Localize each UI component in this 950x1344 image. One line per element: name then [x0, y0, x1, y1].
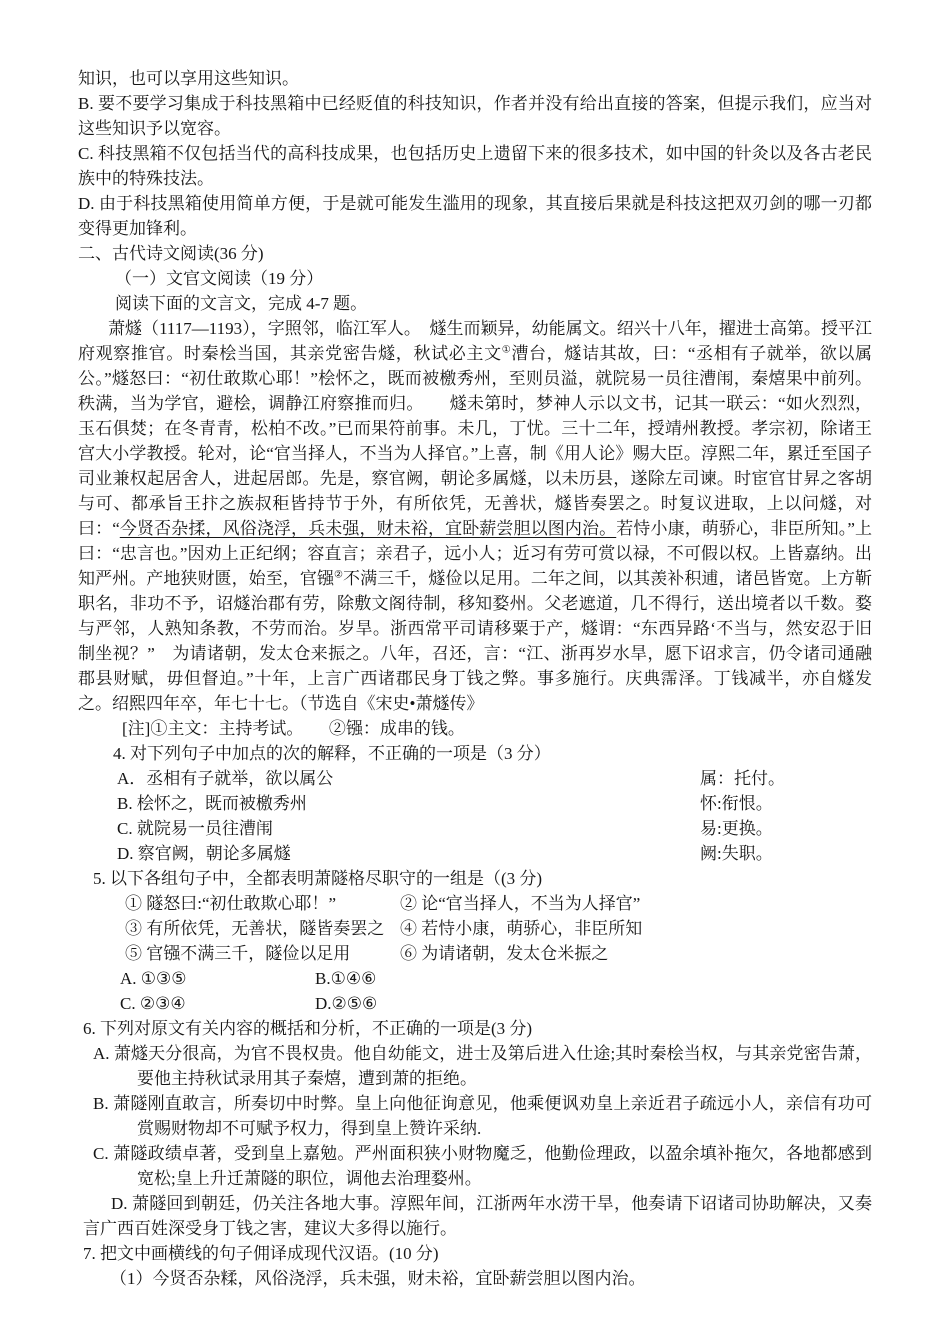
note-marker: ①: [502, 344, 512, 355]
q4-option-gloss: 怀:衔恨。: [700, 794, 773, 813]
classical-passage: 萧燧（1117—1193），字照邻，临江军人。 燧生而颖异，幼能属文。绍兴十八年…: [78, 316, 872, 716]
q5-item-row: ③ 有所依凭，无善状，隧皆奏罢之④ 若恃小康，萌骄心，非臣所知: [78, 916, 872, 941]
q4-option-row: D. 察官阙，朝论多属燧阙:失职。: [78, 841, 872, 866]
q5-item-right: ② 论“官当择人，不当为人择官”: [400, 894, 640, 913]
passage-notes: [注]①主文：主持考试。 ②镪：成串的钱。: [78, 716, 872, 741]
q6-option: B. 萧隧刚直敢言，所奏切中时弊。皇上向他征询意见，他乘便讽劝皇上亲近君子疏远小…: [78, 1091, 872, 1141]
question5-items: ① 隧怒曰:“初仕敢欺心耶！”② 论“官当择人，不当为人择官”③ 有所依凭，无善…: [78, 891, 872, 966]
q4-option-text: A．丞相有子就举，欲以属公: [117, 766, 700, 791]
intro-paragraph: C. 科技黑箱不仅包括当代的高科技成果，也包括历史上遗留下来的很多技术，如中国的…: [78, 141, 872, 191]
q6-option: A. 萧燧天分很高，为官不畏权贵。他自幼能文，进士及第后进入仕途;其时秦桧当权，…: [78, 1041, 872, 1091]
q5-item-left: ③ 有所依凭，无善状，隧皆奏罢之: [125, 916, 400, 941]
question7-subitem: （1）今贤否杂糅，风俗浇浮，兵未强，财未裕，宜卧薪尝胆以图内治。: [78, 1266, 872, 1291]
underlined-sentence: 今贤否杂揉，风俗浇浮，兵未强，财未裕，宜卧薪尝胆以图内治。: [120, 519, 616, 538]
question4-options: A．丞相有子就举，欲以属公属：托付。B. 桧怀之，既而被檄秀州怀:衔恨。C. 就…: [78, 766, 872, 866]
note-marker: ②: [334, 569, 343, 580]
question4-stem: 4. 对下列句子中加点的次的解释，不正确的一项是（3 分）: [78, 741, 872, 766]
q5-item-right: ④ 若恃小康，萌骄心，非臣所知: [400, 919, 642, 938]
q4-option-row: A．丞相有子就举，欲以属公属：托付。: [78, 766, 872, 791]
passage-text: 漕台，燧诘其故，曰：“丞相有子就举，欲以属公。”燧怒曰：“初仕敢欺心耶！”桧怀之…: [78, 344, 872, 538]
exam-page: 知识，也可以享用这些知识。B. 要不要学习集成于科技黑箱中已经贬值的科技知识，作…: [0, 0, 950, 1291]
reading-instruction: 阅读下面的文言文，完成 4-7 题。: [78, 291, 872, 316]
q4-option-row: C. 就院易一员往漕闱易:更换。: [78, 816, 872, 841]
intro-paragraph: D. 由于科技黑箱使用简单方便，于是就可能发生滥用的现象，其直接后果就是科技这把…: [78, 191, 872, 241]
q6-option: C. 萧隧政绩卓著，受到皇上嘉勉。严州面积狭小财物魔乏，他勤俭理政，以盈余填补拖…: [78, 1141, 872, 1191]
q4-option-gloss: 阙:失职。: [700, 844, 773, 863]
q5-item-left: ⑤ 官镪不满三千，隧俭以足用: [125, 941, 400, 966]
subsection-heading: （一）文官文阅读（19 分）: [78, 266, 872, 291]
q4-option-row: B. 桧怀之，既而被檄秀州怀:衔恨。: [78, 791, 872, 816]
question7-stem: 7. 把文中画横线的句子佣译成现代汉语。(10 分): [78, 1241, 872, 1266]
intro-paragraph: B. 要不要学习集成于科技黑箱中已经贬值的科技知识，作者并没有给出直接的答案，但…: [78, 91, 872, 141]
q5-answer-left: C. ②③④: [120, 991, 315, 1016]
section-heading: 二、古代诗文阅读(36 分): [78, 241, 872, 266]
q4-option-text: B. 桧怀之，既而被檄秀州: [117, 791, 700, 816]
q5-answer-right: D.②⑤⑥: [315, 994, 377, 1013]
q5-answer-left: A. ①③⑤: [120, 966, 315, 991]
q5-answer-row: C. ②③④D.②⑤⑥: [78, 991, 872, 1016]
q5-item-left: ① 隧怒曰:“初仕敢欺心耶！”: [125, 891, 400, 916]
intro-paragraph: 知识，也可以享用这些知识。: [78, 66, 872, 91]
q5-answer-right: B.①④⑥: [315, 969, 376, 988]
q4-option-gloss: 属：托付。: [700, 769, 785, 788]
question5-answers: A. ①③⑤B.①④⑥C. ②③④D.②⑤⑥: [78, 966, 872, 1016]
q5-item-row: ① 隧怒曰:“初仕敢欺心耶！”② 论“官当择人，不当为人择官”: [78, 891, 872, 916]
q5-item-right: ⑥ 为请诸朝，发太仓米振之: [400, 944, 608, 963]
passage-text: 不满三千，燧俭以足用。二年之间，以其羡补积逋，诸邑皆宽。上方靳职名，非功不予，诏…: [78, 569, 872, 713]
q4-option-text: C. 就院易一员往漕闱: [117, 816, 700, 841]
q6-option: D. 萧隧回到朝廷，仍关注各地大事。淳熙年间，江浙两年水涝干旱，他奏请下诏诸司协…: [78, 1191, 872, 1241]
question6-stem: 6. 下列对原文有关内容的概括和分析，不正确的一项是(3 分): [78, 1016, 872, 1041]
q4-option-gloss: 易:更换。: [700, 819, 773, 838]
question3-options-block: 知识，也可以享用这些知识。B. 要不要学习集成于科技黑箱中已经贬值的科技知识，作…: [78, 66, 872, 241]
question6-options: A. 萧燧天分很高，为官不畏权贵。他自幼能文，进士及第后进入仕途;其时秦桧当权，…: [78, 1041, 872, 1241]
q4-option-text: D. 察官阙，朝论多属燧: [117, 841, 700, 866]
q5-answer-row: A. ①③⑤B.①④⑥: [78, 966, 872, 991]
question5-stem: 5. 以下各组句子中，全都表明萧隧格尽职守的一组是（(3 分): [78, 866, 872, 891]
q5-item-row: ⑤ 官镪不满三千，隧俭以足用⑥ 为请诸朝，发太仓米振之: [78, 941, 872, 966]
